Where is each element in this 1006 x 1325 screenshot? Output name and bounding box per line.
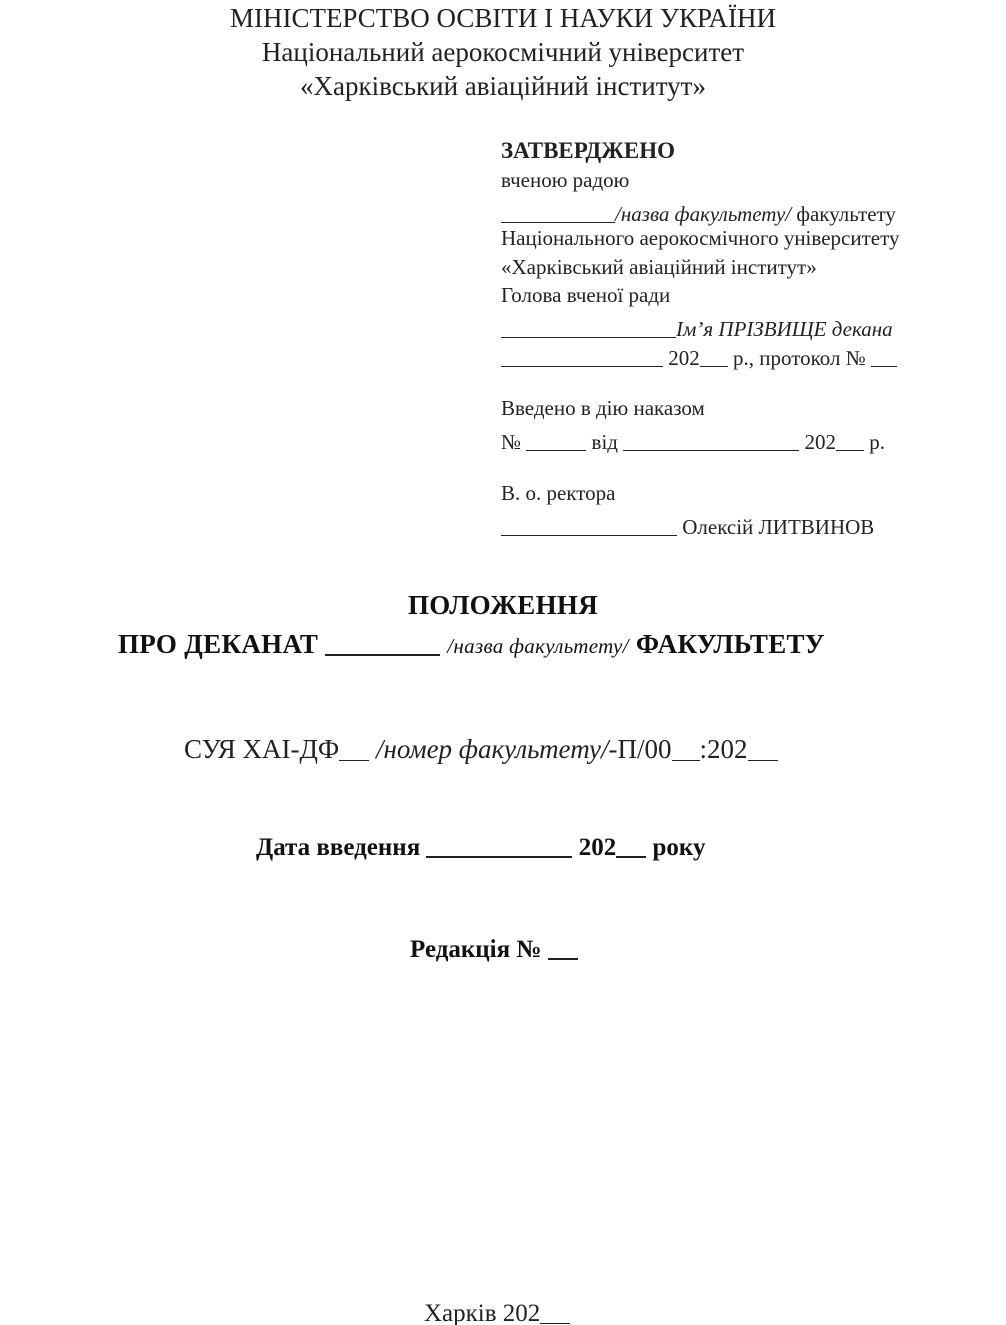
protocol-suffix: р., протокол № [728,346,866,370]
protocol-number-blank[interactable] [871,345,897,367]
dean-signature-line: Ім’я ПРІЗВИЩЕ декана [501,314,893,340]
order-year-suffix: р. [864,430,885,454]
faculty-line: /назва факультету/ факультету [501,199,896,225]
order-date-blank[interactable] [623,429,799,451]
document-title: ПОЛОЖЕННЯ [0,592,1006,619]
dean-name-placeholder: Ім’я ПРІЗВИЩЕ декана [676,317,893,341]
order-intro: Введено в дію наказом [501,398,705,419]
subtitle-faculty-blank[interactable] [325,627,440,656]
subtitle-prefix: ПРО ДЕКАНАТ [118,629,325,659]
intro-year-blank[interactable] [616,831,646,858]
chair-title: Голова вченої ради [501,285,670,306]
intro-date-year: 202 [572,834,616,861]
approval-institute: «Харківський авіаційний інститут» [501,257,817,278]
order-number-sign: № [501,430,521,454]
revision-label: Редакція № [410,936,548,963]
protocol-date-blank[interactable] [501,345,663,367]
approved-by: вченою радою [501,170,629,191]
intro-date-blank[interactable] [426,831,572,858]
code-placeholder: /номер факультету/ [376,734,609,764]
document-code: СУЯ ХАІ-ДФ /номер факультету/-П/00:202 [184,730,778,763]
faculty-placeholder: /назва факультету/ [615,202,791,226]
subtitle-suffix: ФАКУЛЬТЕТУ [629,629,825,659]
university-genitive: Національного аерокосмічного університет… [501,228,899,249]
revision-line: Редакція № [410,930,578,962]
code-year: :202 [700,734,748,764]
city-year-blank[interactable] [540,1298,570,1324]
code-year-blank[interactable] [748,733,778,761]
institute-name: «Харківський авіаційний інститут» [0,73,1006,100]
rector-title: В. о. ректора [501,483,615,504]
city-year-line: Харків 202 [424,1295,570,1325]
rector-signature-blank[interactable] [501,514,677,536]
order-year-blank[interactable] [836,429,864,451]
rector-signature-line: Олексій ЛИТВИНОВ [501,512,874,538]
subtitle-faculty-placeholder: /назва факультету/ [447,634,629,658]
city-year: Харків 202 [424,1300,540,1325]
faculty-word: факультету [791,202,896,226]
rector-name: Олексій ЛИТВИНОВ [677,515,874,539]
intro-date-line: Дата введення 202 року [256,828,705,860]
code-number-blank[interactable] [672,733,700,761]
order-year: 202 [799,430,836,454]
protocol-year: 202 [663,346,700,370]
code-faculty-blank[interactable] [339,733,369,761]
faculty-blank[interactable] [501,201,615,223]
code-middle: -П/00 [609,734,672,764]
dean-signature-blank[interactable] [501,316,676,338]
protocol-line: 202 р., протокол № [501,343,897,369]
document-subtitle: ПРО ДЕКАНАТ /назва факультету/ ФАКУЛЬТЕТ… [118,624,825,658]
ministry-heading: МІНІСТЕРСТВО ОСВІТИ І НАУКИ УКРАЇНИ [0,5,1006,32]
revision-number-blank[interactable] [548,933,578,960]
order-from: від [586,430,623,454]
order-number-blank[interactable] [526,429,586,451]
university-name: Національний аерокосмічний університет [0,39,1006,66]
intro-date-label: Дата введення [256,834,426,861]
approved-heading: ЗАТВЕРДЖЕНО [501,139,675,162]
order-line: № від 202 р. [501,427,885,453]
code-prefix: СУЯ ХАІ-ДФ [184,734,339,764]
protocol-year-blank[interactable] [700,345,728,367]
intro-date-suffix: року [646,834,705,861]
